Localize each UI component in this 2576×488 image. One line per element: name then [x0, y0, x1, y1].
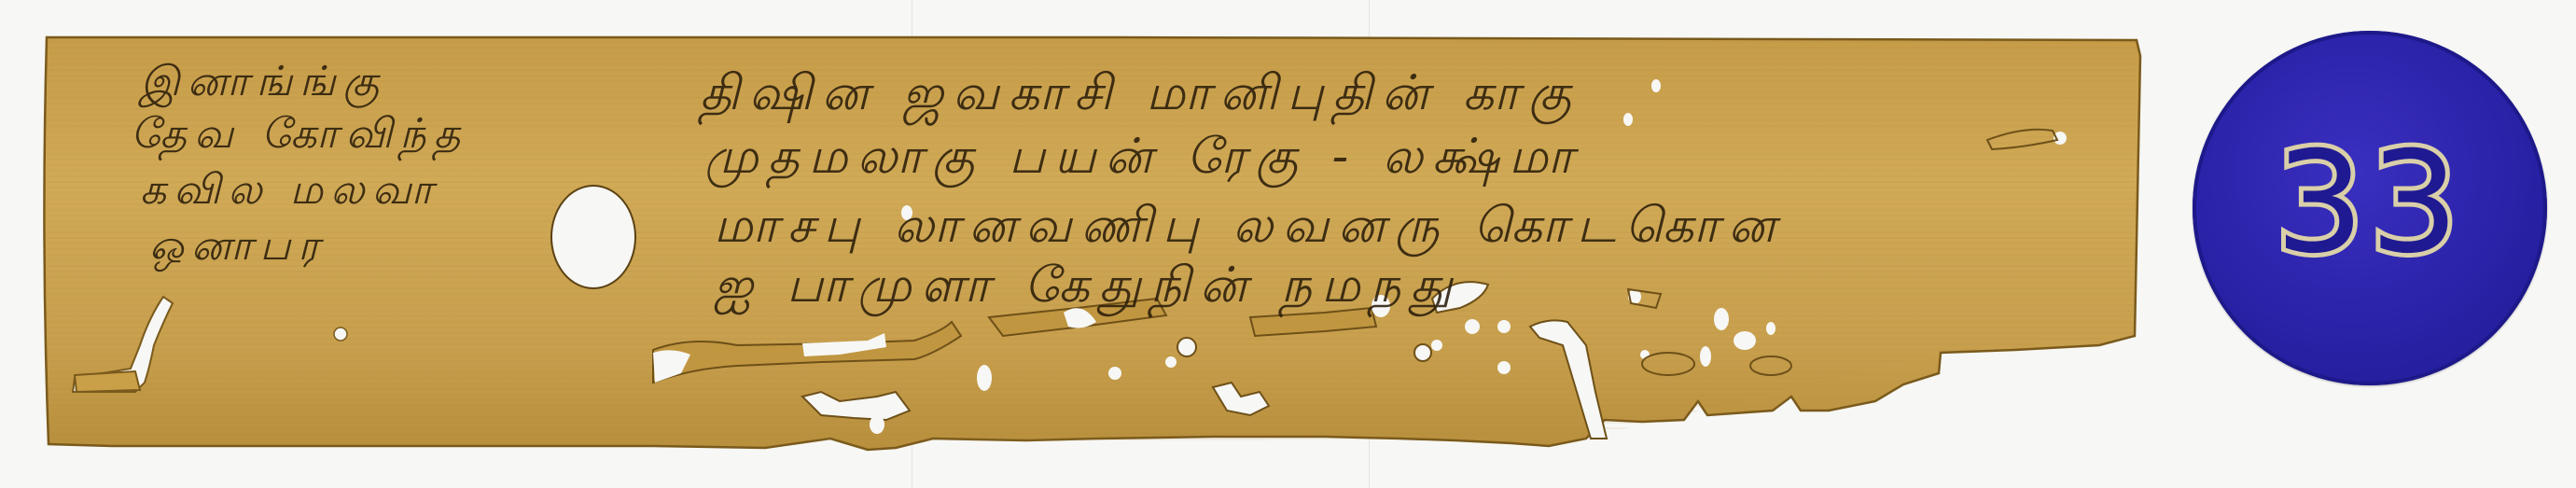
wormhole — [1177, 338, 1196, 356]
margin-note-line: ஒனாபர — [149, 222, 327, 275]
wormhole — [1714, 308, 1729, 330]
wormhole — [1465, 319, 1480, 334]
wormhole — [1431, 340, 1442, 351]
margin-note-line: தேவ கோவிந்த — [131, 110, 467, 163]
accession-token: 33 — [2193, 31, 2547, 385]
margin-note-line: இனாங்ங்கு — [140, 58, 386, 111]
main-text-line: ஐ பாமுளா கேதுநின் நமநது — [714, 258, 1461, 320]
wormhole — [1108, 367, 1121, 380]
wormhole — [1623, 113, 1633, 126]
main-text-line: திஷின ஜவகாசி மானிபுதின் காகு — [700, 65, 1580, 128]
token-number: 33 — [2276, 122, 2465, 285]
wormhole — [1766, 322, 1775, 335]
wormhole — [1414, 344, 1431, 361]
wormhole — [1734, 331, 1756, 350]
wormhole — [977, 365, 992, 391]
wormhole — [1497, 361, 1511, 374]
main-text-line: மாசபு லானவணிபு லவனரு கொடகொன — [714, 198, 1785, 260]
main-text-line: முதமலாகு பயன் ரேகு - லக்ஷ்மா — [704, 129, 1582, 191]
wormhole — [1700, 346, 1711, 367]
palm-leaf: இனாங்ங்கு தேவ கோவிந்த கவில மலவா ஒனாபர தி… — [0, 0, 2576, 488]
wormhole — [1497, 320, 1511, 333]
wormhole — [1165, 356, 1177, 368]
wormhole — [1651, 79, 1661, 92]
worm-damage — [75, 371, 140, 392]
margin-note-line: கவில மலவா — [140, 166, 440, 219]
string-hole — [551, 186, 635, 288]
wormhole — [870, 415, 884, 434]
wormhole — [334, 328, 347, 341]
